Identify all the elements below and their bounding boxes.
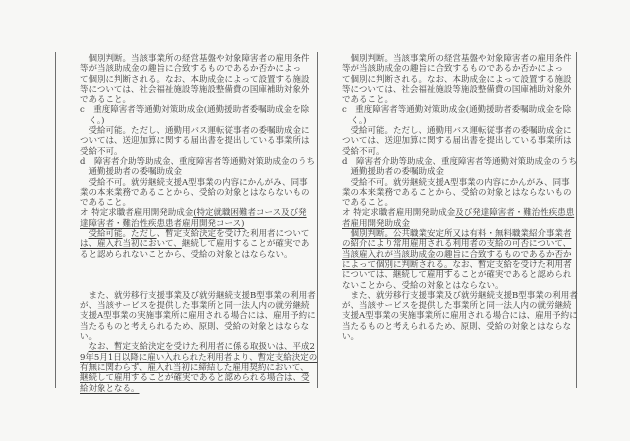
text-line: 者雇用開発助成金	[342, 219, 580, 229]
document-scan-spread: 個別判断。当該事業所の経営基盤や対象障害者の雇用条件等が当該助成金の趣旨に合致す…	[0, 0, 630, 441]
text-line: 受給不可。就労継続支援A型事業の内容にかんがみ、同事	[342, 178, 580, 188]
text-line: であること。	[342, 198, 580, 208]
text-line: 支援A型事業の実施事業所に雇用される場合には、雇用予約に	[342, 311, 580, 321]
text-line: て個別に判断される。なお、本助成金によって設置する施設	[342, 75, 580, 85]
text-line: d 障害者介助等助成金、重度障害者等通勤対策助成金のうち	[80, 157, 318, 167]
text-segment: ついては、送迎加算に関する届出書を提出している事業所は	[80, 136, 310, 146]
text-line: オ 特定求職者雇用開発助成金(特定就職困難者コース及び発	[80, 208, 318, 218]
underlined-text: は、雇入れ当初において、	[80, 239, 182, 249]
text-line: については、継続して雇用することが確実であると認められ	[342, 270, 580, 280]
text-segment: 業の本来業務であることから、受給の対象とはならないもの	[80, 188, 310, 198]
text-segment: 受給不可。	[342, 147, 385, 157]
text-line: 業の本来業務であることから、受給の対象とはならないもの	[342, 188, 580, 198]
text-segment: ると認められないことから、受給の対象とはならない。	[80, 250, 293, 260]
table-rule-left	[55, 52, 56, 388]
text-line: 受給不可。	[80, 147, 318, 157]
text-line: によって個別に判断される。なお、暫定支給を受けた利用者	[342, 260, 580, 270]
underlined-text: 継続して雇用することが確実であると認められる場合は、受	[80, 373, 310, 383]
text-segment: 、暫定支給	[157, 229, 200, 239]
text-line: ないことから、受給の対象とはならない。	[342, 281, 580, 291]
text-line	[80, 260, 318, 270]
underlined-text: によって個別に判断される。	[342, 260, 453, 270]
text-segment: 等が当該助成金の趣旨に合致するものであるか否かによっ	[80, 64, 301, 74]
text-line: い。	[342, 332, 580, 342]
right-page: 個別判断。当該事業所の経営基盤や対象障害者の雇用条件等が当該助成金の趣旨に合致す…	[342, 54, 580, 342]
text-segment: であること。	[80, 95, 131, 105]
underlined-text: 達障害者・難治性疾患患者雇用開発コース)	[80, 219, 244, 229]
text-segment: 個別判断。当該事業所の経営基盤や対象障害者の雇用条件	[80, 54, 310, 64]
text-line: が、当該サービスを提供した事業所と同一法人内の就労継続	[80, 301, 318, 311]
text-segment: 受給不可。就労継続支援A型事業の内容にかんがみ、同事	[342, 178, 570, 188]
underlined-text: 受給可能	[89, 229, 123, 239]
text-line: d 障害者介助等助成金、重度障害者等通勤対策助成金のうち	[342, 157, 580, 167]
underlined-text: 有無に関わらず、雇入れ当初に締結した雇用契約において、	[80, 363, 309, 373]
text-line: 当たるものと考えられるため、原則、受給の対象とはならな	[80, 322, 318, 332]
text-line: 支援A型事業の実施事業所に雇用される場合には、雇用予約に	[80, 311, 318, 321]
text-segment: であること。	[80, 198, 131, 208]
underlined-text: 及び発達障害者・難治性疾患患	[455, 208, 574, 218]
text-line: 等については、社会福祉施設等施設整備費の国庫補助対象外	[80, 85, 318, 95]
text-line: は、雇入れ当初において、継続して雇用することが確実であ	[80, 239, 318, 249]
text-line: ついては、送迎加算に関する届出書を提出している事業所は	[342, 136, 580, 146]
text-line: 9年5月1日以降に雇い入れられた利用者より、暫定支給決定の	[80, 353, 318, 363]
text-line: 個別判断。当該事業所の経営基盤や対象障害者の雇用条件	[80, 54, 318, 64]
text-segment: また、就労移行支援事業及び就労継続支援B型事業の利用者	[80, 291, 316, 301]
text-line: 通勤援助者の委嘱助成金	[80, 167, 318, 177]
text-segment: d 障害者介助等助成金、重度障害者等通勤対策助成金のうち	[80, 157, 315, 167]
text-segment: であること。	[342, 95, 393, 105]
text-segment: が、当該サービスを提供した事業所と同一法人内の就労継続	[80, 301, 310, 311]
text-segment: については、継続して雇用することが確実であると認められ	[342, 270, 571, 280]
text-line: c 重度障害者等通勤対策助成金(通勤援助者委嘱助成金を除	[80, 105, 318, 115]
text-line: 受給不可。就労継続支援A型事業の内容にかんがみ、同事	[80, 178, 318, 188]
text-line: ついては、送迎加算に関する届出書を提出している事業所は	[80, 136, 318, 146]
text-segment: く。)	[80, 116, 104, 126]
text-segment: c 重度障害者等通勤対策助成金(通勤援助者委嘱助成金を除	[342, 105, 571, 115]
text-line: 有無に関わらず、雇入れ当初に締結した雇用契約において、	[80, 363, 318, 373]
text-segment: 継続して雇用することが確実であ	[182, 239, 310, 249]
left-page: 個別判断。当該事業所の経営基盤や対象障害者の雇用条件等が当該助成金の趣旨に合致す…	[80, 54, 318, 394]
text-segment: 当たるものと考えられるため、原則、受給の対象とはならな	[80, 322, 309, 332]
text-segment: また、就労移行支援事業及び就労継続支援B型事業の利用者	[342, 291, 578, 301]
text-segment: 受給可能。ただし、通勤用バス運転従事者の委嘱助成金に	[80, 126, 310, 136]
underlined-text: ただし	[131, 229, 157, 239]
text-segment: であること。	[342, 198, 393, 208]
text-segment	[80, 229, 89, 239]
text-line: の紹介により常用雇用される利用者の支給の可否について、	[342, 239, 580, 249]
text-line: また、就労移行支援事業及び就労継続支援B型事業の利用者	[342, 291, 580, 301]
text-line: であること。	[80, 95, 318, 105]
underlined-text: 当該雇入れが当該助成金の趣旨に合致するものであるか否か	[342, 250, 572, 260]
underlined-text: 決定	[199, 229, 216, 239]
underlined-text: の紹介により常用雇用される利用者の支給の可否について、	[342, 239, 571, 249]
text-line: て個別に判断される。なお、本助成金によって設置する施設	[80, 75, 318, 85]
text-segment: ないことから、受給の対象とはならない。	[342, 281, 504, 291]
text-line: 等が当該助成金の趣旨に合致するものであるか否かによっ	[80, 64, 318, 74]
text-line: 受給不可。	[342, 147, 580, 157]
text-segment: 通勤援助者の委嘱助成金	[342, 167, 444, 177]
text-line: い。	[80, 332, 318, 342]
text-segment: 通勤援助者の委嘱助成金	[80, 167, 182, 177]
text-line: 個別判断。公共職業安定所又は有料・無料職業紹介事業者	[342, 229, 580, 239]
text-segment: オ 特定求職者雇用開発助成金	[342, 208, 455, 218]
text-segment: 受給不可。	[80, 147, 123, 157]
text-line: く。)	[342, 116, 580, 126]
text-segment: が、当該サービスを提供した事業所と同一法人内の就労継続	[342, 301, 572, 311]
text-segment: 当たるものと考えられるため、原則、受給の対象とはならな	[342, 322, 571, 332]
text-segment: c 重度障害者等通勤対策助成金(通勤援助者委嘱助成金を除	[80, 105, 309, 115]
text-segment: く。)	[342, 116, 366, 126]
text-segment	[342, 229, 351, 239]
text-line: 等については、社会福祉施設等施設整備費の国庫補助対象外	[342, 85, 580, 95]
text-segment: 受給不可。就労継続支援A型事業の内容にかんがみ、同事	[80, 178, 308, 188]
text-segment: を受けた利用者について	[216, 229, 309, 239]
text-segment: て個別に判断される。なお、本助成金によって設置する施設	[342, 75, 572, 85]
text-segment: い。	[342, 332, 359, 342]
text-line: 給対象となる。	[80, 384, 318, 394]
text-segment: て個別に判断される。なお、本助成金によって設置する施設	[80, 75, 310, 85]
text-line: 当該雇入れが当該助成金の趣旨に合致するものであるか否か	[342, 250, 580, 260]
text-line	[80, 270, 318, 280]
text-line: 継続して雇用することが確実であると認められる場合は、受	[80, 373, 318, 383]
text-segment: 等が当該助成金の趣旨に合致するものであるか否かによっ	[342, 64, 563, 74]
text-segment: d 障害者介助等助成金、重度障害者等通勤対策助成金のうち	[342, 157, 577, 167]
text-segment: ついては、送迎加算に関する届出書を提出している事業所は	[342, 136, 572, 146]
text-segment: 受給可能。ただし、通勤用バス運転従事者の委嘱助成金に	[342, 126, 572, 136]
text-segment: 等については、社会福祉施設等施設整備費の国庫補助対象外	[342, 85, 571, 95]
text-line: が、当該サービスを提供した事業所と同一法人内の就労継続	[342, 301, 580, 311]
text-segment: オ 特定求職者雇用開発助成金	[80, 208, 193, 218]
text-line: オ 特定求職者雇用開発助成金及び発達障害者・難治性疾患患	[342, 208, 580, 218]
text-line: 受給可能。ただし、通勤用バス運転従事者の委嘱助成金に	[342, 126, 580, 136]
text-segment: 支援A型事業の実施事業所に雇用される場合には、雇用予約に	[342, 311, 578, 321]
text-line: であること。	[80, 198, 318, 208]
text-line: 通勤援助者の委嘱助成金	[342, 167, 580, 177]
underlined-text: 給対象となる。	[80, 384, 140, 394]
underlined-text: なお、暫定支給決定を受けた利用者に係る取扱いは、平成2	[89, 342, 315, 352]
text-segment: 個別判断。当該事業所の経営基盤や対象障害者の雇用条件	[342, 54, 572, 64]
text-line: 当たるものと考えられるため、原則、受給の対象とはならな	[342, 322, 580, 332]
text-line: 受給可能。ただし、通勤用バス運転従事者の委嘱助成金に	[80, 126, 318, 136]
text-line	[80, 281, 318, 291]
text-segment: 業の本来業務であることから、受給の対象とはならないもの	[342, 188, 572, 198]
text-segment: 支援A型事業の実施事業所に雇用される場合には、雇用予約に	[80, 311, 316, 321]
underlined-text: 個別判断。公共職業安定所又は有料・無料職業紹介事業者	[351, 229, 572, 239]
text-line: なお、暫定支給決定を受けた利用者に係る取扱いは、平成2	[80, 342, 318, 352]
text-segment: 等については、社会福祉施設等施設整備費の国庫補助対象外	[80, 85, 309, 95]
text-line: ると認められないことから、受給の対象とはならない。	[80, 250, 318, 260]
underlined-text: 者雇用開発助成金	[342, 219, 410, 229]
text-line: 達障害者・難治性疾患患者雇用開発コース)	[80, 219, 318, 229]
text-segment: い。	[80, 332, 97, 342]
text-line: 個別判断。当該事業所の経営基盤や対象障害者の雇用条件	[342, 54, 580, 64]
text-line: また、就労移行支援事業及び就労継続支援B型事業の利用者	[80, 291, 318, 301]
text-line: であること。	[342, 95, 580, 105]
underlined-text: (特定就職困難者コース及び発	[193, 208, 306, 218]
text-segment: なお、暫定支給を受けた利用者	[453, 260, 572, 270]
text-segment	[80, 342, 89, 352]
text-line: 受給可能。ただし、暫定支給決定を受けた利用者について	[80, 229, 318, 239]
text-line: 等が当該助成金の趣旨に合致するものであるか否かによっ	[342, 64, 580, 74]
text-line: c 重度障害者等通勤対策助成金(通勤援助者委嘱助成金を除	[342, 105, 580, 115]
text-line: く。)	[80, 116, 318, 126]
text-segment: 。	[123, 229, 132, 239]
underlined-text: 9年5月1日以降に雇い入れられた利用者より、暫定支給決定の	[80, 353, 317, 363]
text-line: 業の本来業務であることから、受給の対象とはならないもの	[80, 188, 318, 198]
